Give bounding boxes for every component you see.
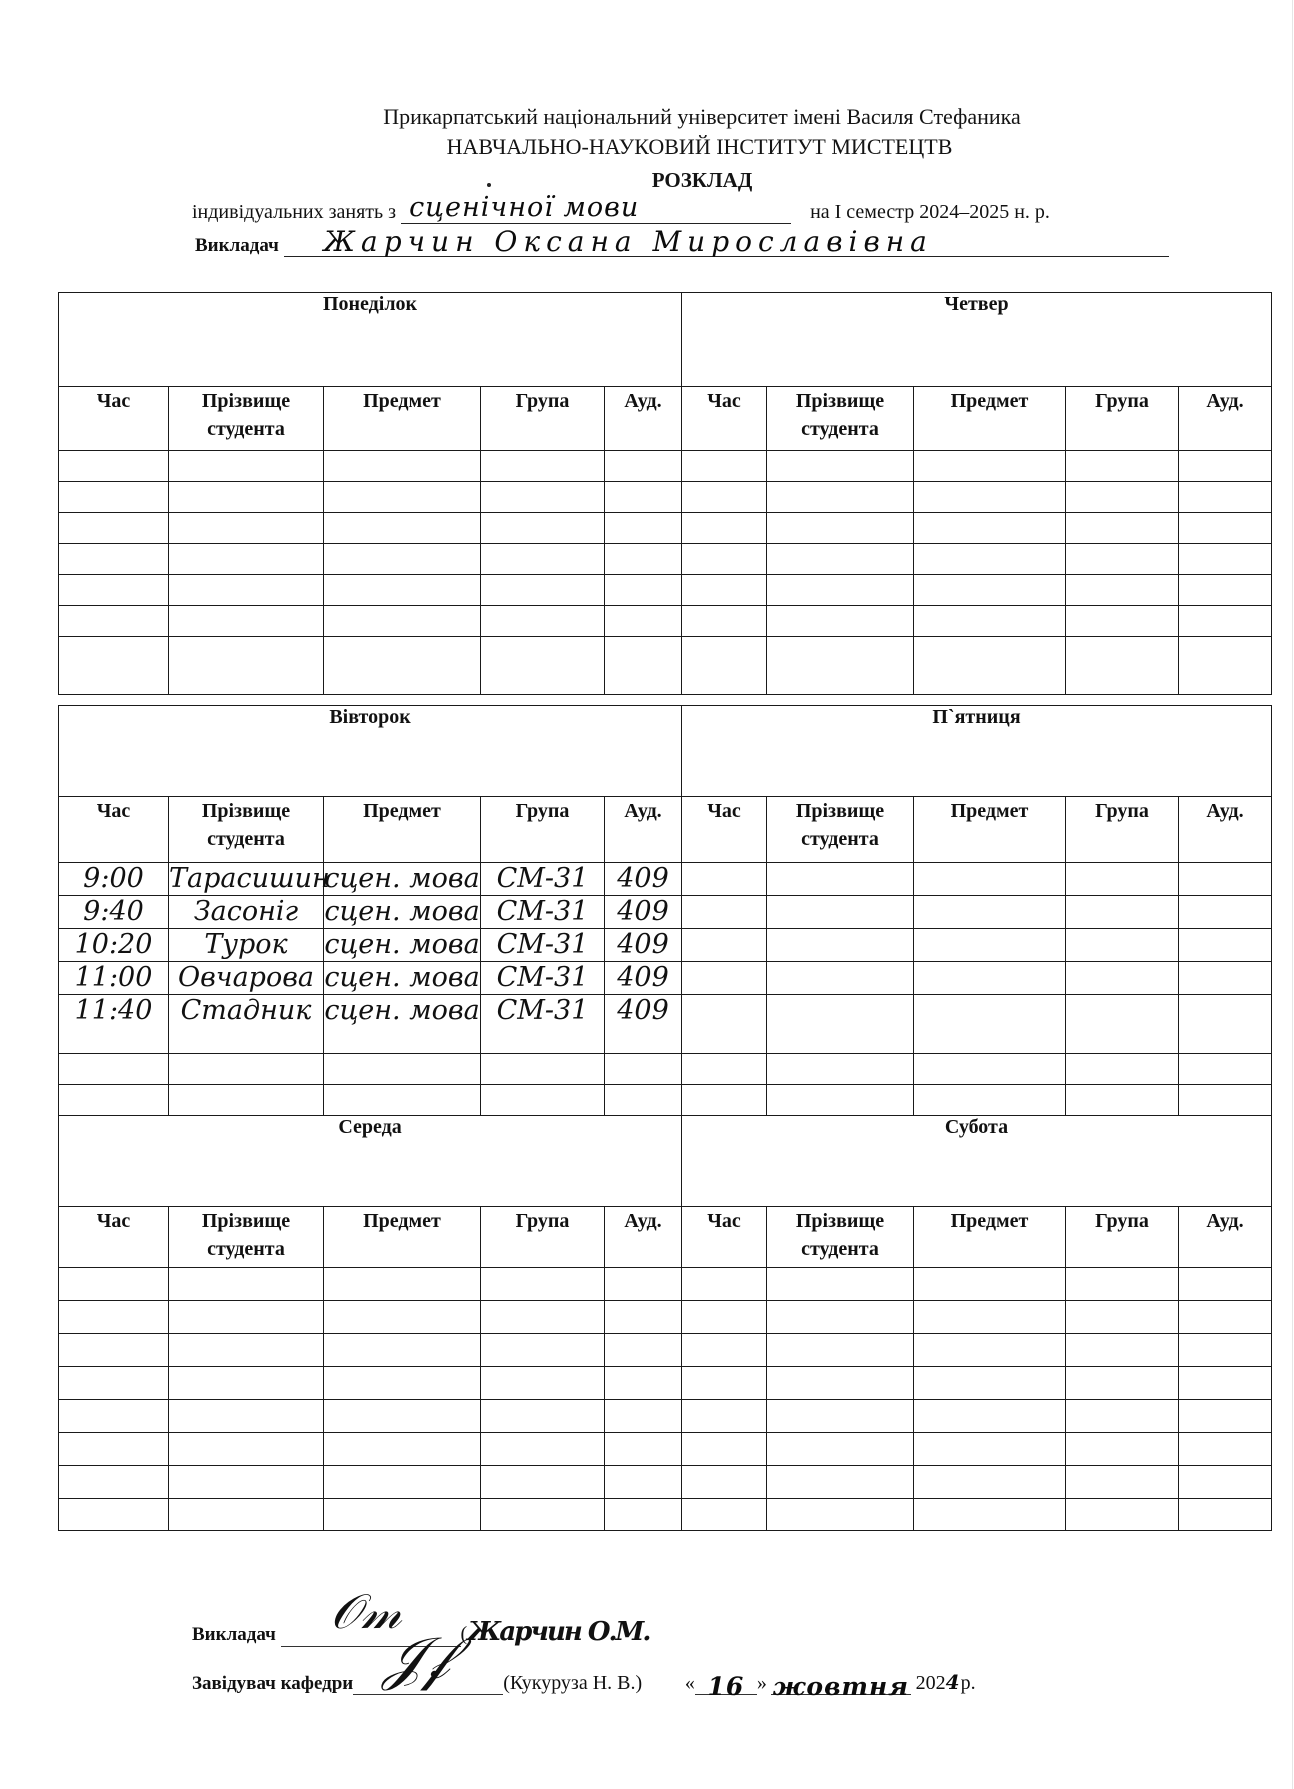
subject-cell: [914, 1268, 1066, 1301]
table-row: [682, 896, 1272, 929]
student-cell: [169, 1466, 324, 1499]
room-cell: [605, 1367, 682, 1400]
column-header: Час: [59, 1207, 169, 1268]
time-cell: [682, 451, 767, 482]
teacher-line: Викладач Жарчин Оксана Мирославівна: [195, 230, 1169, 257]
day-title-tuesday: Вівторок: [59, 706, 682, 797]
time-cell: [682, 995, 767, 1054]
room-cell: 409: [605, 929, 682, 962]
date-month: жовтня: [773, 1672, 909, 1701]
room-cell: [605, 1433, 682, 1466]
subject-cell: [914, 513, 1066, 544]
subject-cell: [324, 1400, 481, 1433]
column-header: Прізвище студента: [169, 1207, 324, 1268]
subject-cell: [914, 1301, 1066, 1334]
date-year-handwritten: 4: [946, 1670, 961, 1694]
student-cell: [767, 451, 914, 482]
student-cell: [767, 896, 914, 929]
column-header: Предмет: [914, 387, 1066, 451]
subject-line: індивідуальних занять з сценічної мови н…: [192, 197, 1050, 224]
table-row: [682, 929, 1272, 962]
head-signature-field: 𝒥𝒻: [353, 1672, 503, 1695]
student-cell: [767, 929, 914, 962]
room-cell: [1179, 544, 1272, 575]
time-cell: 9:00: [59, 863, 169, 896]
subject-cell: [914, 896, 1066, 929]
group-cell: [1066, 1466, 1179, 1499]
time-cell: [682, 1367, 767, 1400]
time-cell: [59, 637, 169, 695]
subject-cell: сцен. мова: [324, 995, 481, 1054]
subject-cell: [324, 1268, 481, 1301]
room-cell: [1179, 1268, 1272, 1301]
column-header: Група: [481, 1207, 605, 1268]
room-cell: [605, 1054, 682, 1085]
group-cell: [1066, 637, 1179, 695]
table-row: [59, 1499, 682, 1531]
subject-cell: [324, 451, 481, 482]
student-cell: [169, 1367, 324, 1400]
subject-cell: [914, 929, 1066, 962]
group-cell: [481, 1301, 605, 1334]
room-cell: [605, 1499, 682, 1531]
student-cell: [767, 575, 914, 606]
schedule-friday: П`ятницяЧасПрізвище студентаПредметГрупа…: [681, 705, 1272, 1116]
time-cell: [59, 1334, 169, 1367]
institute-name: НАВЧАЛЬНО-НАУКОВИЙ ІНСТИТУТ МИСТЕЦТВ: [0, 134, 1294, 160]
column-header: Час: [59, 797, 169, 863]
table-row: [682, 451, 1272, 482]
room-cell: [1179, 929, 1272, 962]
schedule-thursday: ЧетверЧасПрізвище студентаПредметГрупаАу…: [681, 292, 1272, 695]
column-header: Ауд.: [1179, 797, 1272, 863]
column-header: Прізвище студента: [767, 797, 914, 863]
subject-cell: сцен. мова: [324, 896, 481, 929]
table-row: [682, 1466, 1272, 1499]
room-cell: [1179, 1400, 1272, 1433]
time-cell: [682, 1334, 767, 1367]
head-name: (Кукуруза Н. В.): [503, 1672, 642, 1694]
table-row: [682, 637, 1272, 695]
room-cell: [1179, 637, 1272, 695]
time-cell: [59, 482, 169, 513]
table-row: [682, 544, 1272, 575]
group-cell: [1066, 575, 1179, 606]
group-cell: [1066, 1085, 1179, 1116]
footer-teacher-label: Викладач: [192, 1624, 276, 1645]
table-row: [682, 962, 1272, 995]
group-cell: [481, 575, 605, 606]
group-cell: [481, 451, 605, 482]
table-row: [59, 575, 682, 606]
student-cell: [169, 575, 324, 606]
room-cell: [1179, 995, 1272, 1054]
group-cell: [481, 482, 605, 513]
column-header: Група: [481, 797, 605, 863]
room-cell: [1179, 606, 1272, 637]
time-cell: [682, 962, 767, 995]
student-cell: [767, 962, 914, 995]
student-cell: [767, 637, 914, 695]
column-header: Ауд.: [1179, 387, 1272, 451]
room-cell: 409: [605, 995, 682, 1054]
table-row: [59, 513, 682, 544]
room-cell: [1179, 451, 1272, 482]
room-cell: [605, 606, 682, 637]
room-cell: [605, 482, 682, 513]
student-cell: Стадник: [169, 995, 324, 1054]
schedule-wednesday: СередаЧасПрізвище студентаПредметГрупаАу…: [58, 1115, 682, 1531]
time-cell: [682, 637, 767, 695]
day-title-thursday: Четвер: [682, 293, 1272, 387]
time-cell: [59, 1054, 169, 1085]
time-cell: [59, 1301, 169, 1334]
column-header: Час: [59, 387, 169, 451]
student-cell: [169, 544, 324, 575]
student-cell: [767, 1466, 914, 1499]
time-cell: [682, 863, 767, 896]
group-cell: [481, 544, 605, 575]
subject-cell: [914, 1499, 1066, 1531]
date-close-quote: »: [757, 1672, 767, 1694]
schedule-tuesday: ВівторокЧасПрізвище студентаПредметГрупа…: [58, 705, 682, 1116]
student-cell: [767, 1367, 914, 1400]
time-cell: [682, 1085, 767, 1116]
subject-cell: [324, 1334, 481, 1367]
room-cell: [605, 513, 682, 544]
student-cell: [767, 1054, 914, 1085]
table-row: [682, 1367, 1272, 1400]
time-cell: [59, 1433, 169, 1466]
group-cell: [1066, 1054, 1179, 1085]
time-cell: [59, 1085, 169, 1116]
table-row: [682, 606, 1272, 637]
subject-cell: [914, 1400, 1066, 1433]
time-cell: [682, 896, 767, 929]
subject-cell: [914, 544, 1066, 575]
student-cell: [169, 1054, 324, 1085]
student-cell: [767, 1268, 914, 1301]
date-day: 16: [708, 1672, 745, 1701]
group-cell: [1066, 1334, 1179, 1367]
subject-cell: [324, 1367, 481, 1400]
subject-cell: [914, 1466, 1066, 1499]
time-cell: [682, 606, 767, 637]
room-cell: [1179, 1301, 1272, 1334]
time-cell: [682, 482, 767, 513]
group-cell: [481, 513, 605, 544]
room-cell: [1179, 1499, 1272, 1531]
student-cell: [767, 1433, 914, 1466]
column-header: Предмет: [324, 387, 481, 451]
group-cell: СМ-31: [481, 863, 605, 896]
table-row: [59, 1466, 682, 1499]
table-row: [682, 1085, 1272, 1116]
group-cell: СМ-31: [481, 995, 605, 1054]
subject-cell: [914, 575, 1066, 606]
student-cell: [767, 995, 914, 1054]
room-cell: [1179, 1466, 1272, 1499]
student-cell: [767, 1334, 914, 1367]
head-signature-line: Завідувач кафедри 𝒥𝒻 (Кукуруза Н. В.) «1…: [192, 1670, 976, 1695]
table-row: 10:20Туроксцен. моваСМ-31409: [59, 929, 682, 962]
semester-text: на І семестр 2024–2025 н. р.: [810, 201, 1050, 223]
table-row: [59, 1400, 682, 1433]
room-cell: [1179, 896, 1272, 929]
teacher-handwritten: Жарчин Оксана Мирославівна: [324, 225, 933, 258]
group-cell: [1066, 863, 1179, 896]
student-cell: [767, 1400, 914, 1433]
student-cell: [169, 451, 324, 482]
student-cell: [767, 863, 914, 896]
subject-cell: [324, 575, 481, 606]
table-row: [682, 1054, 1272, 1085]
time-cell: 11:00: [59, 962, 169, 995]
subject-cell: [324, 1433, 481, 1466]
group-cell: [1066, 1499, 1179, 1531]
time-cell: [682, 544, 767, 575]
group-cell: [481, 1400, 605, 1433]
subject-cell: [324, 544, 481, 575]
room-cell: [1179, 1085, 1272, 1116]
group-cell: [1066, 451, 1179, 482]
subject-cell: [324, 1499, 481, 1531]
group-cell: [481, 1466, 605, 1499]
subject-field: сценічної мови: [401, 197, 791, 224]
time-cell: [682, 1400, 767, 1433]
column-header: Група: [481, 387, 605, 451]
student-cell: Овчарова: [169, 962, 324, 995]
student-cell: [169, 1433, 324, 1466]
room-cell: [1179, 1334, 1272, 1367]
subject-cell: [914, 1054, 1066, 1085]
group-cell: [1066, 513, 1179, 544]
table-row: [59, 606, 682, 637]
table-row: [59, 1367, 682, 1400]
student-cell: [767, 1499, 914, 1531]
day-title-friday: П`ятниця: [682, 706, 1272, 797]
group-cell: [481, 637, 605, 695]
student-cell: [169, 1085, 324, 1116]
date-month-field: жовтня: [771, 1672, 911, 1695]
table-row: [59, 1054, 682, 1085]
student-cell: [169, 606, 324, 637]
column-header: Група: [1066, 387, 1179, 451]
group-cell: [1066, 962, 1179, 995]
room-cell: [605, 1400, 682, 1433]
group-cell: СМ-31: [481, 929, 605, 962]
column-header: Прізвище студента: [767, 1207, 914, 1268]
subject-cell: сцен. мова: [324, 929, 481, 962]
subject-cell: [914, 962, 1066, 995]
time-cell: [682, 1054, 767, 1085]
subject-cell: [914, 451, 1066, 482]
time-cell: [682, 1466, 767, 1499]
column-header: Прізвище студента: [169, 797, 324, 863]
time-cell: [682, 1268, 767, 1301]
student-cell: [169, 637, 324, 695]
table-row: 11:00Овчаровасцен. моваСМ-31409: [59, 962, 682, 995]
group-cell: [1066, 606, 1179, 637]
subject-cell: [324, 606, 481, 637]
group-cell: [481, 1085, 605, 1116]
room-cell: [605, 637, 682, 695]
column-header: Ауд.: [605, 387, 682, 451]
time-cell: [59, 1466, 169, 1499]
day-title-monday: Понеділок: [59, 293, 682, 387]
time-cell: [59, 1400, 169, 1433]
student-cell: [767, 1085, 914, 1116]
time-cell: 10:20: [59, 929, 169, 962]
table-row: [59, 1268, 682, 1301]
room-cell: [605, 1301, 682, 1334]
subject-cell: сцен. мова: [324, 962, 481, 995]
time-cell: 11:40: [59, 995, 169, 1054]
subject-cell: [914, 1334, 1066, 1367]
table-row: [59, 1301, 682, 1334]
table-row: [59, 1334, 682, 1367]
group-cell: [481, 1499, 605, 1531]
document-title: РОЗКЛАД: [0, 168, 1294, 193]
student-cell: [767, 544, 914, 575]
column-header: Предмет: [914, 797, 1066, 863]
subject-handwritten: сценічної мови: [409, 192, 639, 223]
room-cell: [1179, 482, 1272, 513]
room-cell: [605, 1268, 682, 1301]
group-cell: [481, 1367, 605, 1400]
time-cell: [682, 929, 767, 962]
room-cell: [605, 1085, 682, 1116]
column-header: Ауд.: [605, 797, 682, 863]
time-cell: [59, 606, 169, 637]
time-cell: [59, 544, 169, 575]
table-row: [682, 863, 1272, 896]
group-cell: [1066, 1367, 1179, 1400]
table-row: [682, 995, 1272, 1054]
subject-cell: [324, 1301, 481, 1334]
student-cell: [169, 513, 324, 544]
student-cell: Турок: [169, 929, 324, 962]
subject-cell: сцен. мова: [324, 863, 481, 896]
column-header: Прізвище студента: [767, 387, 914, 451]
teacher-label: Викладач: [195, 235, 279, 256]
column-header: Предмет: [324, 1207, 481, 1268]
group-cell: СМ-31: [481, 962, 605, 995]
table-row: [682, 1301, 1272, 1334]
student-cell: [169, 1400, 324, 1433]
subject-cell: [914, 995, 1066, 1054]
table-row: 11:40Стадниксцен. моваСМ-31409: [59, 995, 682, 1054]
subject-cell: [914, 863, 1066, 896]
table-row: [59, 482, 682, 513]
subject-cell: [324, 1466, 481, 1499]
table-row: [59, 1085, 682, 1116]
student-cell: [169, 1499, 324, 1531]
table-row: [59, 637, 682, 695]
student-cell: [169, 1334, 324, 1367]
room-cell: [605, 1334, 682, 1367]
subject-cell: [324, 1054, 481, 1085]
time-cell: [59, 1268, 169, 1301]
room-cell: [1179, 1433, 1272, 1466]
student-cell: [767, 513, 914, 544]
student-cell: [169, 1268, 324, 1301]
schedule-monday: ПонеділокЧасПрізвище студентаПредметГруп…: [58, 292, 682, 695]
student-cell: [169, 482, 324, 513]
table-row: [682, 1499, 1272, 1531]
group-cell: [1066, 1400, 1179, 1433]
room-cell: [1179, 863, 1272, 896]
scan-edge: [1292, 0, 1293, 1789]
group-cell: [481, 1054, 605, 1085]
date-suffix: р.: [961, 1672, 976, 1694]
head-label: Завідувач кафедри: [192, 1673, 353, 1694]
student-cell: Засоніг: [169, 896, 324, 929]
date-day-field: 16: [695, 1672, 757, 1695]
subject-cell: [914, 482, 1066, 513]
time-cell: [682, 1301, 767, 1334]
room-cell: [605, 1466, 682, 1499]
table-row: [59, 544, 682, 575]
group-cell: [481, 606, 605, 637]
day-title-saturday: Субота: [682, 1116, 1272, 1207]
time-cell: [682, 575, 767, 606]
date-year-prefix: 202: [916, 1672, 946, 1694]
table-row: [682, 482, 1272, 513]
group-cell: [1066, 1301, 1179, 1334]
column-header: Час: [682, 797, 767, 863]
subject-cell: [324, 482, 481, 513]
subject-cell: [914, 637, 1066, 695]
head-signature-scribble: 𝒥𝒻: [383, 1624, 449, 1693]
group-cell: [1066, 544, 1179, 575]
column-header: Ауд.: [1179, 1207, 1272, 1268]
column-header: Група: [1066, 1207, 1179, 1268]
column-header: Предмет: [324, 797, 481, 863]
table-row: 9:00Тарасишинсцен. моваСМ-31409: [59, 863, 682, 896]
table-row: [682, 1400, 1272, 1433]
time-cell: [59, 1499, 169, 1531]
date-open-quote: «: [685, 1672, 695, 1694]
subject-cell: [914, 1085, 1066, 1116]
time-cell: [682, 513, 767, 544]
subject-cell: [324, 637, 481, 695]
column-header: Час: [682, 387, 767, 451]
student-cell: [169, 1301, 324, 1334]
subject-cell: [914, 1433, 1066, 1466]
table-row: [682, 1433, 1272, 1466]
teacher-field: Жарчин Оксана Мирославівна: [284, 230, 1169, 257]
subject-cell: [324, 513, 481, 544]
room-cell: [1179, 962, 1272, 995]
room-cell: [605, 544, 682, 575]
column-header: Прізвище студента: [169, 387, 324, 451]
column-header: Предмет: [914, 1207, 1066, 1268]
group-cell: [1066, 1433, 1179, 1466]
room-cell: 409: [605, 863, 682, 896]
table-row: 9:40Засонігсцен. моваСМ-31409: [59, 896, 682, 929]
student-cell: [767, 606, 914, 637]
column-header: Група: [1066, 797, 1179, 863]
room-cell: 409: [605, 962, 682, 995]
student-cell: [767, 1301, 914, 1334]
room-cell: [605, 575, 682, 606]
column-header: Ауд.: [605, 1207, 682, 1268]
university-name: Прикарпатський національний університет …: [0, 104, 1294, 130]
group-cell: [1066, 929, 1179, 962]
room-cell: [1179, 1367, 1272, 1400]
group-cell: [481, 1268, 605, 1301]
